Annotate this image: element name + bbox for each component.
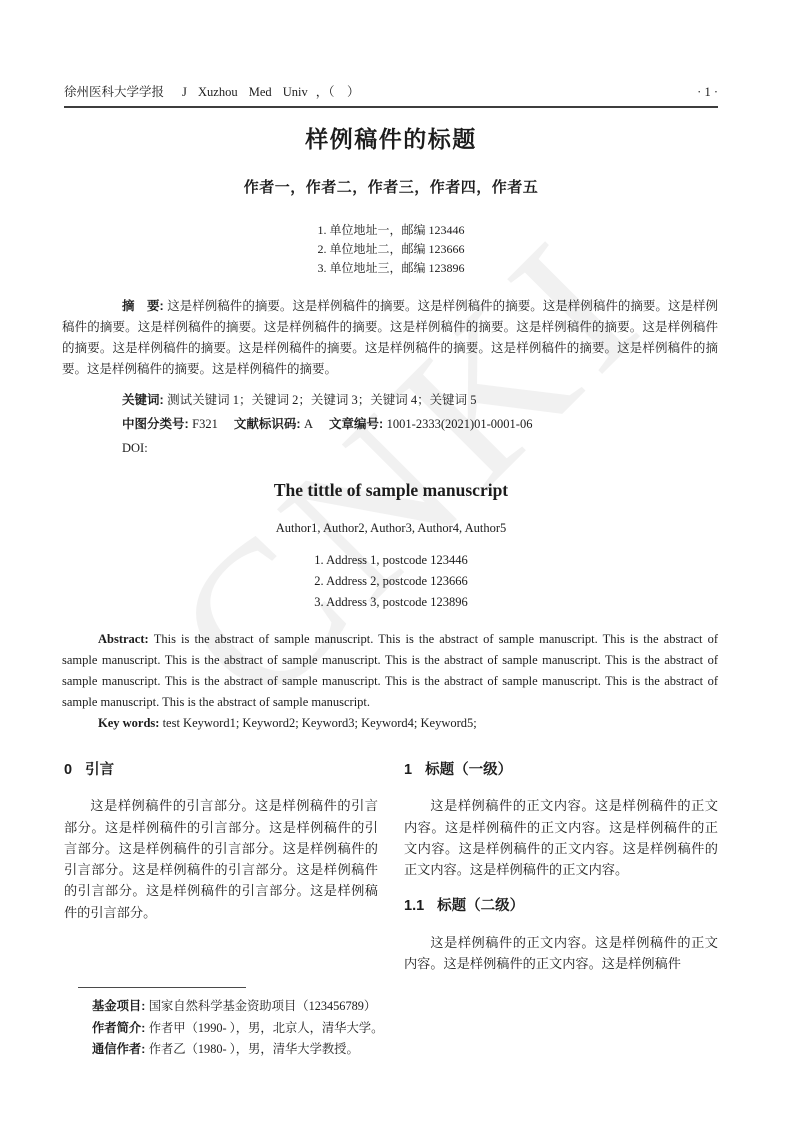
abstract-en-label: Abstract: bbox=[98, 632, 154, 646]
affiliation-line-en: 3. Address 3, postcode 123896 bbox=[64, 592, 718, 613]
clc-group: 中图分类号: F321 bbox=[122, 417, 218, 431]
abstract-en-block: Abstract: This is the abstract of sample… bbox=[62, 629, 718, 734]
section-title: 标题（二级） bbox=[437, 898, 524, 914]
author-bio-note: 作者简介: 作者甲（1990- ），男，北京人，清华大学。 bbox=[92, 1018, 544, 1040]
clc-line: 中图分类号: F321文献标识码: A文章编号: 1001-2333(2021)… bbox=[62, 416, 718, 432]
document-code-group: 文献标识码: A bbox=[234, 417, 313, 431]
document-code-value: A bbox=[304, 417, 313, 431]
affiliation-line-en: 1. Address 1, postcode 123446 bbox=[64, 550, 718, 571]
journal-issue: ，（ ） bbox=[316, 85, 360, 99]
abstract-cn-label: 摘 要: bbox=[122, 299, 167, 313]
section-title: 引言 bbox=[85, 762, 114, 778]
corresponding-author-text: 作者乙（1980- ），男，清华大学教授。 bbox=[149, 1042, 359, 1056]
author-bio-text: 作者甲（1990- ），男，北京人，清华大学。 bbox=[149, 1021, 384, 1035]
section-title: 标题（一级） bbox=[425, 762, 512, 778]
level1-paragraph: 这是样例稿件的正文内容。这是样例稿件的正文内容。这是样例稿件的正文内容。这是样例… bbox=[404, 795, 718, 880]
affiliations-en: 1. Address 1, postcode 123446 2. Address… bbox=[64, 550, 718, 613]
left-column: 0引言 这是样例稿件的引言部分。这是样例稿件的引言部分。这是样例稿件的引言部分。… bbox=[64, 760, 378, 974]
section-heading-level1: 1标题（一级） bbox=[404, 760, 718, 781]
page-number: · 1 · bbox=[697, 85, 718, 100]
affiliation-line: 3. 单位地址三，邮编 123896 bbox=[64, 259, 718, 278]
section-number: 1.1 bbox=[404, 898, 424, 914]
author-bio-label: 作者简介: bbox=[92, 1021, 149, 1035]
doi-line: DOI: bbox=[62, 440, 718, 456]
section-heading-level2: 1.1标题（二级） bbox=[404, 896, 718, 917]
clc-value: F321 bbox=[192, 417, 218, 431]
affiliation-line-en: 2. Address 2, postcode 123666 bbox=[64, 571, 718, 592]
section-number: 0 bbox=[64, 762, 72, 778]
keywords-cn-label: 关键词: bbox=[122, 393, 167, 407]
document-code-label: 文献标识码: bbox=[234, 417, 304, 431]
section-heading-intro: 0引言 bbox=[64, 760, 378, 781]
keywords-en-label: Key words: bbox=[98, 716, 163, 730]
article-title-en: The tittle of sample manuscript bbox=[64, 480, 718, 501]
footnote-separator bbox=[78, 987, 246, 988]
section-number: 1 bbox=[404, 762, 412, 778]
abstract-en-text: This is the abstract of sample manuscrip… bbox=[62, 632, 718, 709]
authors-cn: 作者一，作者二，作者三，作者四，作者五 bbox=[64, 176, 718, 197]
fund-note: 基金项目: 国家自然科学基金资助项目（123456789） bbox=[92, 996, 544, 1018]
journal-title-cn: 徐州医科大学学报 bbox=[64, 85, 164, 99]
journal-title-en: J Xuzhou Med Univ bbox=[182, 85, 308, 99]
keywords-cn-text: 测试关键词 1；关键词 2；关键词 3；关键词 4；关键词 5 bbox=[167, 393, 476, 407]
affiliation-line: 2. 单位地址二，邮编 123666 bbox=[64, 240, 718, 259]
corresponding-author-note: 通信作者: 作者乙（1980- ），男，清华大学教授。 bbox=[92, 1039, 544, 1061]
running-head: 徐州医科大学学报J Xuzhou Med Univ，（ ） bbox=[64, 82, 360, 100]
affiliation-line: 1. 单位地址一，邮编 123446 bbox=[64, 221, 718, 240]
two-column-body: 0引言 这是样例稿件的引言部分。这是样例稿件的引言部分。这是样例稿件的引言部分。… bbox=[64, 760, 718, 974]
manuscript-page: CNKI 徐州医科大学学报J Xuzhou Med Univ，（ ） · 1 ·… bbox=[0, 0, 794, 1123]
page-header: 徐州医科大学学报J Xuzhou Med Univ，（ ） · 1 · bbox=[64, 82, 718, 108]
right-column: 1标题（一级） 这是样例稿件的正文内容。这是样例稿件的正文内容。这是样例稿件的正… bbox=[404, 760, 718, 974]
abstract-en: Abstract: This is the abstract of sample… bbox=[62, 629, 718, 713]
fund-label: 基金项目: bbox=[92, 999, 149, 1013]
authors-en: Author1, Author2, Author3, Author4, Auth… bbox=[64, 521, 718, 536]
corresponding-author-label: 通信作者: bbox=[92, 1042, 149, 1056]
affiliations-cn: 1. 单位地址一，邮编 123446 2. 单位地址二，邮编 123666 3.… bbox=[64, 221, 718, 278]
article-id-value: 1001-2333(2021)01-0001-06 bbox=[387, 417, 533, 431]
clc-label: 中图分类号: bbox=[122, 417, 192, 431]
abstract-cn: 摘 要: 这是样例稿件的摘要。这是样例稿件的摘要。这是样例稿件的摘要。这是样例稿… bbox=[62, 296, 718, 380]
intro-paragraph: 这是样例稿件的引言部分。这是样例稿件的引言部分。这是样例稿件的引言部分。这是样例… bbox=[64, 795, 378, 923]
article-title-cn: 样例稿件的标题 bbox=[64, 121, 718, 154]
article-id-label: 文章编号: bbox=[329, 417, 387, 431]
fund-text: 国家自然科学基金资助项目（123456789） bbox=[149, 999, 377, 1013]
keywords-en: Key words: test Keyword1; Keyword2; Keyw… bbox=[62, 713, 718, 734]
article-id-group: 文章编号: 1001-2333(2021)01-0001-06 bbox=[329, 417, 532, 431]
keywords-en-text: test Keyword1; Keyword2; Keyword3; Keywo… bbox=[163, 716, 477, 730]
level2-paragraph: 这是样例稿件的正文内容。这是样例稿件的正文内容。这是样例稿件的正文内容。这是样例… bbox=[404, 932, 718, 975]
keywords-cn: 关键词: 测试关键词 1；关键词 2；关键词 3；关键词 4；关键词 5 bbox=[62, 392, 718, 408]
footnote-rows: 基金项目: 国家自然科学基金资助项目（123456789） 作者简介: 作者甲（… bbox=[64, 996, 544, 1061]
footnote-block: 基金项目: 国家自然科学基金资助项目（123456789） 作者简介: 作者甲（… bbox=[64, 987, 544, 1061]
